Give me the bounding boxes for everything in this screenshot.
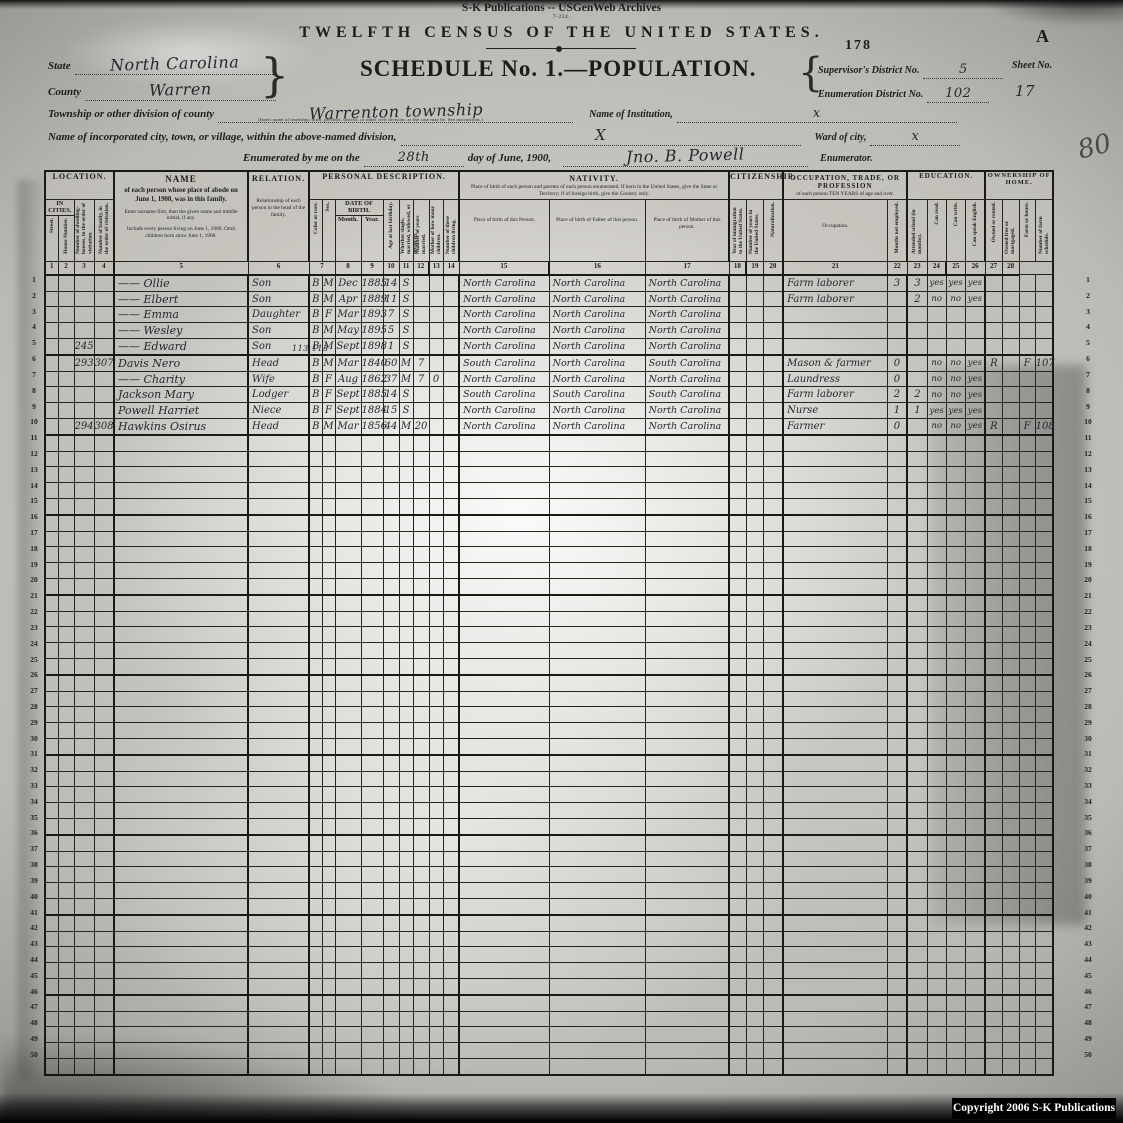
cell-pob xyxy=(459,1058,549,1074)
cell-naturalized xyxy=(763,611,783,627)
cell-family xyxy=(94,291,114,307)
cell-can-read xyxy=(927,339,946,355)
cell-month xyxy=(335,915,361,931)
cell-relation xyxy=(248,1043,309,1059)
cell-pob-mother xyxy=(645,755,729,771)
cell-color xyxy=(309,995,322,1011)
cell-pob-father: North Carolina xyxy=(549,371,645,387)
cell-farm-or-house: F xyxy=(1019,355,1035,371)
cell-relation xyxy=(248,1058,309,1074)
cell-farm-schedule xyxy=(1035,851,1053,867)
cell-mortgage xyxy=(1002,675,1019,691)
cell-house xyxy=(58,531,74,547)
cell-farm-schedule xyxy=(1035,371,1053,387)
cell-mother-children xyxy=(429,467,443,483)
cell-sex: F xyxy=(322,307,335,323)
cell-home-owned xyxy=(985,723,1002,739)
cell-color xyxy=(309,947,322,963)
cell-home-owned xyxy=(985,403,1002,419)
row-number: 41 xyxy=(1080,905,1096,921)
cell-family xyxy=(94,931,114,947)
cell-house xyxy=(58,883,74,899)
enumeration-line: Enumeration District No. 102 xyxy=(818,84,989,103)
cell-name xyxy=(114,883,248,899)
cell-pob-mother xyxy=(645,515,729,531)
cell-school-months xyxy=(907,595,927,611)
cell-family xyxy=(94,611,114,627)
cell-name xyxy=(114,787,248,803)
cell-name xyxy=(114,499,248,515)
cell-relation xyxy=(248,851,309,867)
cell-can-read xyxy=(927,435,946,451)
cell-pob-mother xyxy=(645,675,729,691)
cell-years-us xyxy=(746,851,763,867)
cell-dwelling xyxy=(74,659,94,675)
cell-immigration xyxy=(729,611,746,627)
cell-mortgage xyxy=(1002,771,1019,787)
cell-english xyxy=(965,995,985,1011)
cell-can-read: no xyxy=(927,355,946,371)
cell-home-owned xyxy=(985,291,1002,307)
row-number: 34 xyxy=(1080,794,1096,810)
cell-naturalized xyxy=(763,371,783,387)
row-number: 30 xyxy=(1080,731,1096,747)
publisher-banner: S-K Publications -- USGenWeb Archives xyxy=(0,2,1123,14)
row-number: 6 xyxy=(26,351,42,367)
row-number: 47 xyxy=(26,999,42,1015)
cell-color xyxy=(309,915,322,931)
cell-dwelling xyxy=(74,643,94,659)
cell-pob-father xyxy=(549,963,645,979)
cell-relation xyxy=(248,1011,309,1027)
cell-occupation xyxy=(783,515,887,531)
table-row xyxy=(45,1027,1053,1043)
supervisor-field: 5 xyxy=(923,60,1003,79)
cell-years-married xyxy=(413,403,429,419)
cell-house xyxy=(58,835,74,851)
cell-farm-or-house xyxy=(1019,1027,1035,1043)
cell-house xyxy=(58,323,74,339)
cell-can-write xyxy=(946,707,965,723)
cell-school-months xyxy=(907,483,927,499)
cell-relation xyxy=(248,531,309,547)
cell-house xyxy=(58,483,74,499)
cell-children-living xyxy=(443,275,459,291)
cell-mortgage xyxy=(1002,387,1019,403)
cell-pob: North Carolina xyxy=(459,339,549,355)
cell-pob xyxy=(459,915,549,931)
cell-relation xyxy=(248,563,309,579)
cell-home-owned: R xyxy=(985,355,1002,371)
cell-pob-mother xyxy=(645,499,729,515)
cell-home-owned xyxy=(985,387,1002,403)
cell-farm-schedule xyxy=(1035,339,1053,355)
cell-marital xyxy=(399,947,413,963)
cell-years-married xyxy=(413,595,429,611)
cell-can-write: yes xyxy=(946,275,965,291)
cell-farm-or-house xyxy=(1019,643,1035,659)
cell-immigration xyxy=(729,323,746,339)
cell-school-months xyxy=(907,1027,927,1043)
cell-can-write xyxy=(946,1011,965,1027)
cell-can-read xyxy=(927,547,946,563)
cell-year xyxy=(361,898,383,914)
cell-immigration xyxy=(729,1011,746,1027)
column-number: 21 xyxy=(783,261,887,275)
ward-field: x xyxy=(870,127,960,146)
cell-can-write xyxy=(946,691,965,707)
cell-age xyxy=(383,515,399,531)
cell-street xyxy=(45,563,58,579)
cell-month xyxy=(335,707,361,723)
column-number: 17 xyxy=(645,261,729,275)
row-number: 48 xyxy=(26,1015,42,1031)
cell-month xyxy=(335,627,361,643)
cell-name xyxy=(114,707,248,723)
cell-color xyxy=(309,1027,322,1043)
cell-pob-father xyxy=(549,483,645,499)
cell-pob-father xyxy=(549,451,645,467)
cell-immigration xyxy=(729,947,746,963)
cell-dwelling xyxy=(74,499,94,515)
table-row xyxy=(45,995,1053,1011)
cell-pob xyxy=(459,595,549,611)
cell-english: yes xyxy=(965,403,985,419)
cell-occupation xyxy=(783,691,887,707)
cell-farm-schedule xyxy=(1035,867,1053,883)
group-citizenship: CITIZENSHIP. xyxy=(729,171,783,199)
cell-street xyxy=(45,339,58,355)
cell-immigration xyxy=(729,371,746,387)
cell-school-months xyxy=(907,931,927,947)
cell-family xyxy=(94,323,114,339)
cell-house xyxy=(58,499,74,515)
cell-year xyxy=(361,851,383,867)
col-can-read: Can read. xyxy=(927,199,946,261)
table-row xyxy=(45,803,1053,819)
cell-can-read xyxy=(927,611,946,627)
cell-relation xyxy=(248,915,309,931)
cell-months-unemployed xyxy=(887,738,907,754)
table-row: —— WesleySonBMMay18955SNorth CarolinaNor… xyxy=(45,323,1053,339)
cell-mortgage xyxy=(1002,435,1019,451)
cell-pob xyxy=(459,467,549,483)
cell-mother-children xyxy=(429,291,443,307)
cell-sex: M xyxy=(322,323,335,339)
cell-relation xyxy=(248,738,309,754)
cell-month xyxy=(335,818,361,834)
cell-home-owned xyxy=(985,963,1002,979)
cell-sex xyxy=(322,515,335,531)
cell-school-months xyxy=(907,707,927,723)
cell-occupation xyxy=(783,595,887,611)
cell-family xyxy=(94,579,114,595)
cell-years-married xyxy=(413,387,429,403)
cell-month xyxy=(335,995,361,1011)
cell-age xyxy=(383,978,399,994)
cell-color xyxy=(309,643,322,659)
cell-can-write xyxy=(946,947,965,963)
sheet-label: Sheet No. xyxy=(1012,60,1052,71)
table-row xyxy=(45,851,1053,867)
cell-can-read xyxy=(927,818,946,834)
cell-house xyxy=(58,435,74,451)
cell-year xyxy=(361,835,383,851)
row-number: 37 xyxy=(26,841,42,857)
cell-pob: North Carolina xyxy=(459,323,549,339)
cell-age: 15 xyxy=(383,403,399,419)
cell-name xyxy=(114,691,248,707)
cell-naturalized xyxy=(763,963,783,979)
cell-school-months xyxy=(907,1043,927,1059)
cell-pob-mother xyxy=(645,978,729,994)
cell-naturalized xyxy=(763,595,783,611)
cell-can-write xyxy=(946,531,965,547)
cell-marital xyxy=(399,787,413,803)
cell-relation xyxy=(248,707,309,723)
cell-school-months xyxy=(907,771,927,787)
city-label: Name of incorporated city, town, or vill… xyxy=(48,131,397,143)
cell-pob-mother xyxy=(645,595,729,611)
cell-can-read xyxy=(927,835,946,851)
cell-family xyxy=(94,531,114,547)
table-row xyxy=(45,659,1053,675)
table-row xyxy=(45,531,1053,547)
cell-sex xyxy=(322,915,335,931)
cell-dwelling xyxy=(74,323,94,339)
cell-sex xyxy=(322,451,335,467)
row-number: 28 xyxy=(1080,699,1096,715)
cell-color: B xyxy=(309,403,322,419)
cell-children-living xyxy=(443,355,459,371)
cell-year xyxy=(361,675,383,691)
cell-sex xyxy=(322,1011,335,1027)
cell-color xyxy=(309,435,322,451)
cell-month: Sept xyxy=(335,339,361,355)
cell-month xyxy=(335,1011,361,1027)
cell-years-us xyxy=(746,787,763,803)
cell-years-married xyxy=(413,771,429,787)
cell-sex: M xyxy=(322,275,335,291)
cell-age xyxy=(383,467,399,483)
cell-immigration xyxy=(729,978,746,994)
cell-color: B xyxy=(309,307,322,323)
cell-sex xyxy=(322,755,335,771)
cell-months-unemployed xyxy=(887,531,907,547)
cell-years-married: 7 xyxy=(413,355,429,371)
cell-mother-children xyxy=(429,1027,443,1043)
cell-english xyxy=(965,643,985,659)
cell-pob xyxy=(459,691,549,707)
group-nativity: NATIVITY. Place of birth of each person … xyxy=(459,171,729,199)
cell-house xyxy=(58,563,74,579)
cell-english: yes xyxy=(965,387,985,403)
cell-street xyxy=(45,499,58,515)
col-speaks-english: Can speak English. xyxy=(965,199,985,261)
row-number: 9 xyxy=(1080,399,1096,415)
cell-family xyxy=(94,963,114,979)
page-number: 178 xyxy=(845,38,872,54)
cell-can-read xyxy=(927,995,946,1011)
cell-children-living xyxy=(443,1027,459,1043)
cell-farm-or-house xyxy=(1019,435,1035,451)
cell-color xyxy=(309,1058,322,1074)
cell-year xyxy=(361,883,383,899)
cell-english xyxy=(965,755,985,771)
cell-year xyxy=(361,787,383,803)
cell-occupation xyxy=(783,755,887,771)
cell-age xyxy=(383,787,399,803)
cell-family xyxy=(94,675,114,691)
cell-school-months xyxy=(907,323,927,339)
cell-home-owned xyxy=(985,499,1002,515)
cell-years-married xyxy=(413,563,429,579)
cell-color xyxy=(309,691,322,707)
cell-years-us xyxy=(746,755,763,771)
cell-age xyxy=(383,579,399,595)
cell-naturalized xyxy=(763,931,783,947)
cell-years-us xyxy=(746,627,763,643)
cell-farm-or-house xyxy=(1019,851,1035,867)
table-row: Jackson MaryLodgerBFSept188514SSouth Car… xyxy=(45,387,1053,403)
cell-age xyxy=(383,867,399,883)
cell-mortgage xyxy=(1002,898,1019,914)
cell-year xyxy=(361,738,383,754)
cell-months-unemployed xyxy=(887,755,907,771)
cell-months-unemployed xyxy=(887,1058,907,1074)
cell-color xyxy=(309,707,322,723)
cell-farm-or-house xyxy=(1019,611,1035,627)
cell-year: 1898 xyxy=(361,339,383,355)
cell-family xyxy=(94,803,114,819)
cell-occupation: Farm laborer xyxy=(783,387,887,403)
column-number: 24 xyxy=(927,261,946,275)
cell-children-living xyxy=(443,738,459,754)
cell-can-write xyxy=(946,1027,965,1043)
census-table: LOCATION. NAME of each person whose plac… xyxy=(44,170,1054,1076)
cell-school-months xyxy=(907,579,927,595)
cell-months-unemployed: 0 xyxy=(887,355,907,371)
cell-street xyxy=(45,818,58,834)
table-row xyxy=(45,579,1053,595)
cell-family xyxy=(94,883,114,899)
cell-months-unemployed: 2 xyxy=(887,387,907,403)
cell-dwelling xyxy=(74,611,94,627)
cell-farm-or-house xyxy=(1019,787,1035,803)
cell-farm-or-house xyxy=(1019,915,1035,931)
state-value: North Carolina xyxy=(110,52,240,74)
cell-pob-mother xyxy=(645,483,729,499)
cell-month xyxy=(335,515,361,531)
cell-dwelling xyxy=(74,531,94,547)
row-number: 13 xyxy=(1080,462,1096,478)
row-number: 46 xyxy=(26,984,42,1000)
cell-can-write xyxy=(946,675,965,691)
cell-marital: S xyxy=(399,403,413,419)
cell-pob xyxy=(459,707,549,723)
cell-months-unemployed xyxy=(887,851,907,867)
cell-sex xyxy=(322,611,335,627)
cell-years-us xyxy=(746,339,763,355)
cell-street xyxy=(45,723,58,739)
cell-street xyxy=(45,675,58,691)
cell-pob-mother xyxy=(645,835,729,851)
column-number-row: 1234567891011121314151617181920212223242… xyxy=(45,261,1053,275)
cell-farm-or-house xyxy=(1019,947,1035,963)
cell-sex xyxy=(322,803,335,819)
county-label: County xyxy=(48,86,81,98)
cell-naturalized xyxy=(763,275,783,291)
cell-age xyxy=(383,675,399,691)
cell-marital xyxy=(399,723,413,739)
cell-children-living xyxy=(443,771,459,787)
enumerator-label: Enumerator. xyxy=(820,153,873,164)
cell-mortgage xyxy=(1002,627,1019,643)
cell-marital xyxy=(399,915,413,931)
cell-pob xyxy=(459,531,549,547)
cell-color xyxy=(309,675,322,691)
cell-naturalized xyxy=(763,883,783,899)
table-row xyxy=(45,691,1053,707)
cell-farm-or-house xyxy=(1019,515,1035,531)
cell-can-write xyxy=(946,1043,965,1059)
cell-pob xyxy=(459,1043,549,1059)
cell-pob-father xyxy=(549,611,645,627)
cell-marital xyxy=(399,898,413,914)
cell-months-unemployed xyxy=(887,867,907,883)
cell-can-write xyxy=(946,738,965,754)
cell-color xyxy=(309,515,322,531)
cell-naturalized xyxy=(763,851,783,867)
cell-occupation xyxy=(783,435,887,451)
table-row xyxy=(45,595,1053,611)
cell-immigration xyxy=(729,419,746,435)
cell-immigration xyxy=(729,723,746,739)
col-marital-status: Whether single, married, widowed, or div… xyxy=(399,199,413,261)
cell-home-owned xyxy=(985,707,1002,723)
cell-street xyxy=(45,515,58,531)
cell-occupation xyxy=(783,675,887,691)
cell-naturalized xyxy=(763,483,783,499)
cell-month xyxy=(335,883,361,899)
table-row xyxy=(45,611,1053,627)
col-birthplace-mother: Place of birth of Mother of this person. xyxy=(645,199,729,261)
cell-year: 1856 xyxy=(361,419,383,435)
cell-naturalized xyxy=(763,738,783,754)
cell-can-read xyxy=(927,723,946,739)
cell-can-write xyxy=(946,771,965,787)
cell-mortgage xyxy=(1002,483,1019,499)
cell-can-read xyxy=(927,307,946,323)
cell-children-living xyxy=(443,483,459,499)
cell-name xyxy=(114,515,248,531)
cell-months-unemployed xyxy=(887,547,907,563)
cell-month xyxy=(335,595,361,611)
row-number: 12 xyxy=(1080,446,1096,462)
cell-naturalized xyxy=(763,1027,783,1043)
cell-farm-schedule xyxy=(1035,451,1053,467)
cell-english xyxy=(965,1011,985,1027)
cell-age: 60 xyxy=(383,355,399,371)
cell-marital: M xyxy=(399,419,413,435)
cell-name xyxy=(114,818,248,834)
cell-years-us xyxy=(746,291,763,307)
cell-month xyxy=(335,531,361,547)
cell-year xyxy=(361,483,383,499)
cell-farm-or-house xyxy=(1019,627,1035,643)
cell-farm-schedule: 107 xyxy=(1035,355,1053,371)
cell-marital xyxy=(399,818,413,834)
